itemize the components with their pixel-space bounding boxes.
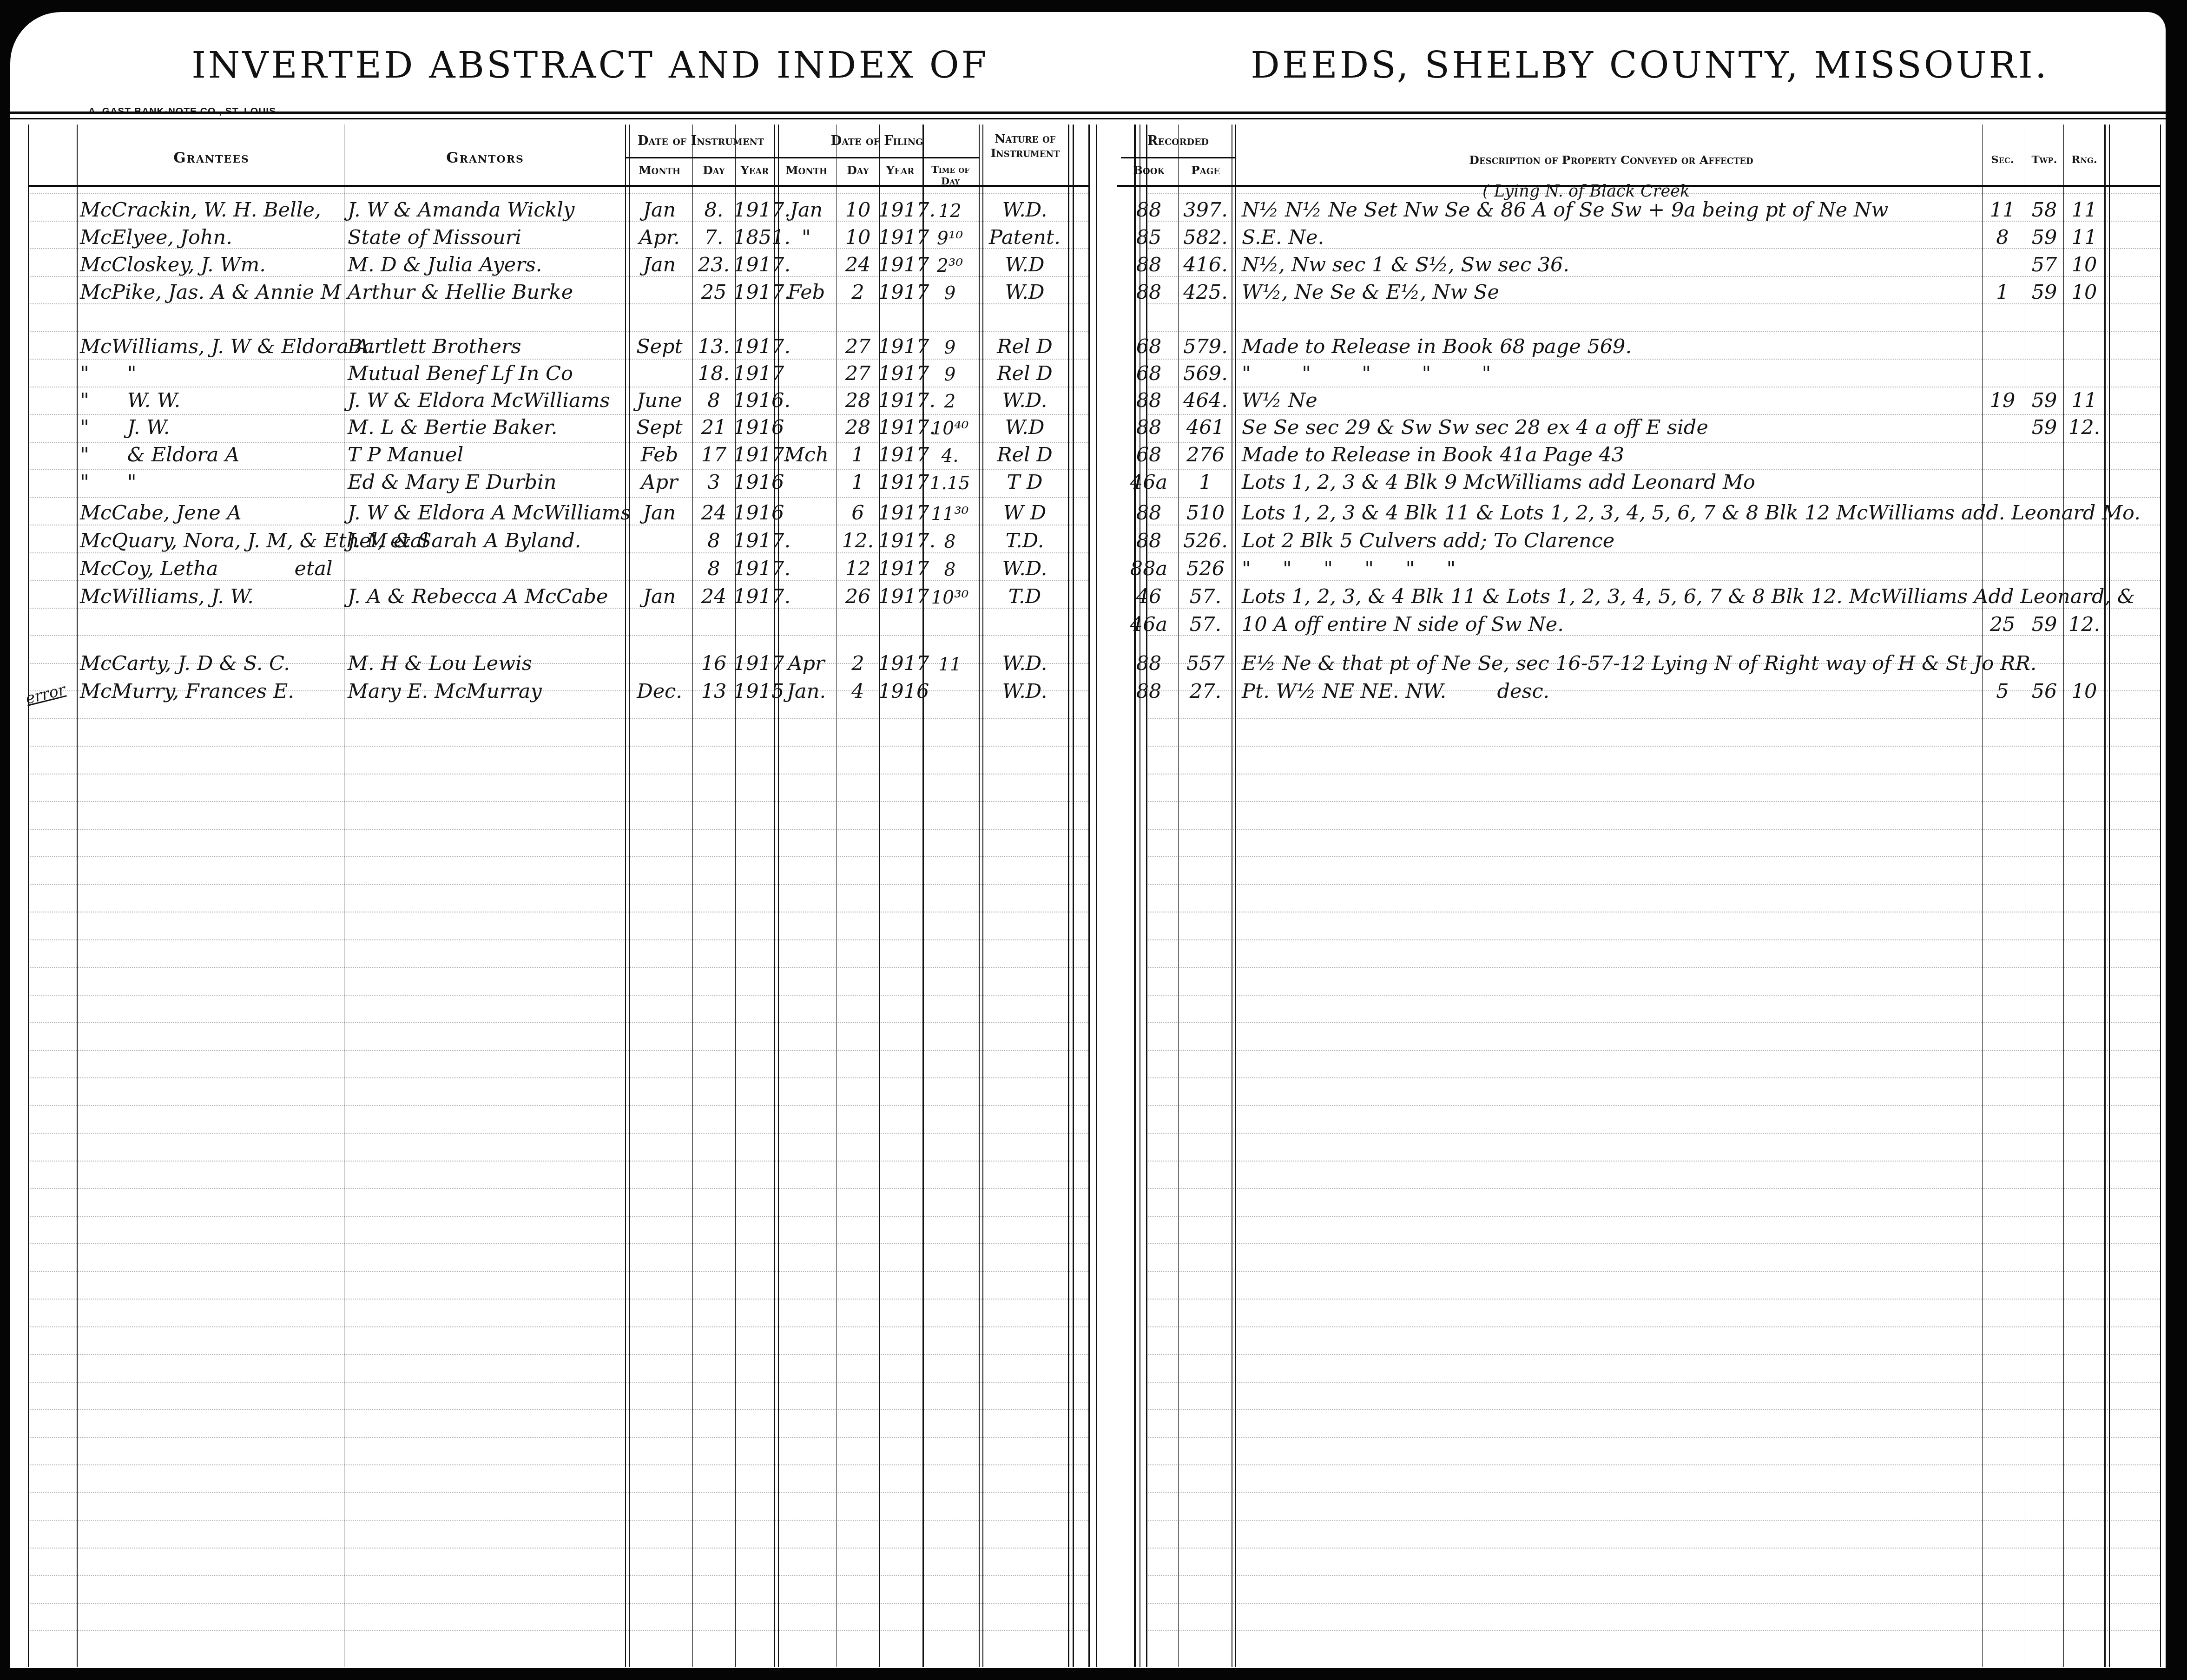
- col-header-twp: Twp.: [2025, 153, 2063, 166]
- scanned-ledger-page: INVERTED ABSTRACT AND INDEX OF DEEDS, SH…: [0, 0, 2187, 1680]
- cell-nature: Rel D: [982, 445, 1068, 465]
- row-rule: [1146, 1299, 2160, 1299]
- cell-filing-day: 12.: [837, 531, 878, 551]
- cell-filing-year: 1917: [878, 559, 922, 579]
- row-rule: [1146, 1077, 2160, 1078]
- row-rule: [1146, 801, 2160, 802]
- cell-twp: 59: [2025, 282, 2063, 302]
- cell-rng: 10: [2064, 255, 2104, 275]
- cell-grantee: McMurry, Frances E.: [80, 682, 343, 702]
- cell-grantee: McWilliams, J. W.: [80, 587, 343, 607]
- cell-description: N½, Nw sec 1 & S½, Sw sec 36.: [1242, 255, 1569, 275]
- cell-page: 57.: [1179, 615, 1232, 635]
- cell-filing-day: 27: [837, 364, 878, 384]
- row-rule: [1146, 1464, 2160, 1465]
- cell-instrument-year: 1917.: [733, 531, 776, 551]
- col-header-time-of-day: Time of Day: [922, 164, 978, 187]
- table-row: " & Eldora A T P Manuel Feb 17 1917. Mch…: [0, 437, 2187, 465]
- cell-filing-year: 1917: [878, 255, 922, 275]
- table-row: 46a 57. 10 A off entire N side of Sw Ne.…: [0, 607, 2187, 635]
- row-rule: [28, 967, 1088, 968]
- cell-instrument-month: Apr.: [627, 228, 692, 248]
- cell-nature: T D: [982, 472, 1068, 492]
- cell-grantor: M. H & Lou Lewis: [348, 654, 623, 674]
- cell-nature: T.D: [982, 587, 1068, 607]
- row-rule: [28, 1382, 1088, 1383]
- cell-grantee: McWilliams, J. W & Eldora A.: [80, 337, 343, 357]
- cell-grantor: J. W & Eldora McWilliams: [348, 391, 623, 411]
- cell-page: 276: [1179, 445, 1232, 465]
- row-rule: [1146, 774, 2160, 774]
- cell-book: 88: [1121, 682, 1177, 702]
- row-rule: [1146, 939, 2160, 940]
- cell-filing-day: 28: [837, 391, 878, 411]
- row-rule: [28, 939, 1088, 940]
- col-header-nature-of-instrument: Nature of Instrument: [984, 131, 1067, 160]
- cell-grantor: M. L & Bertie Baker.: [348, 418, 623, 438]
- row-rule: [1146, 1188, 2160, 1189]
- row-rule: [1146, 884, 2160, 885]
- cell-filing-month: Apr: [777, 654, 836, 674]
- cell-instrument-year: 1916: [733, 503, 776, 523]
- cell-book: 88: [1121, 531, 1177, 551]
- cell-book: 46: [1121, 587, 1177, 607]
- cell-description: Lots 1, 2, 3 & 4 Blk 9 McWilliams add Le…: [1242, 472, 1755, 492]
- col-header-recorded: Recorded: [1121, 134, 1235, 148]
- col-header-file-day: Day: [837, 164, 878, 177]
- table-row: " W. W. J. W & Eldora McWilliams June 8 …: [0, 383, 2187, 411]
- cell-instrument-year: 1917.: [733, 445, 776, 465]
- cell-nature: Rel D: [982, 364, 1068, 384]
- cell-filing-year: 1917: [878, 654, 922, 674]
- table-row: McWilliams, J. W & Eldora A. Bartlett Br…: [0, 329, 2187, 357]
- col-header-inst-year: Year: [733, 164, 776, 177]
- cell-instrument-day: 18.: [693, 364, 734, 384]
- cell-instrument-year: 1915: [733, 682, 776, 702]
- col-header-page: Page: [1179, 164, 1232, 177]
- cell-filing-day: 1: [837, 445, 878, 465]
- cell-grantor: Arthur & Hellie Burke: [348, 282, 623, 302]
- row-rule: [28, 1133, 1088, 1134]
- cell-twp: 59: [2025, 615, 2063, 635]
- cell-description: Lots 1, 2, 3, & 4 Blk 11 & Lots 1, 2, 3,…: [1242, 587, 2135, 607]
- cell-book: 88: [1121, 255, 1177, 275]
- cell-book: 88: [1121, 503, 1177, 523]
- cell-grantee: McPike, Jas. A & Annie M: [80, 282, 343, 302]
- row-rule: [28, 1409, 1088, 1410]
- cell-instrument-month: Jan: [627, 503, 692, 523]
- row-rule: [28, 1216, 1088, 1217]
- cell-filing-day: 1: [837, 472, 878, 492]
- table-row: McCoy, Letha etal 8 1917. 12 1917 8 W.D.…: [0, 551, 2187, 579]
- col-header-rng: Rng.: [2064, 153, 2104, 166]
- cell-page: 416.: [1179, 255, 1232, 275]
- cell-filing-month: Jan.: [777, 682, 836, 702]
- cell-page: 1: [1179, 472, 1232, 492]
- cell-page: 510: [1179, 503, 1232, 523]
- cell-nature: W.D: [982, 255, 1068, 275]
- cell-filing-day: 6: [837, 503, 878, 523]
- cell-description: N½ N½ Ne Set Nw Se & 86 A of Se Sw + 9a …: [1242, 200, 1888, 220]
- cell-filing-day: 24: [837, 255, 878, 275]
- cell-page: 569.: [1179, 364, 1232, 384]
- col-header-date-of-filing: Date of Filing: [777, 134, 977, 148]
- cell-filing-day: 4: [837, 682, 878, 702]
- cell-grantee: McCarty, J. D & S. C.: [80, 654, 343, 674]
- cell-instrument-month: Jan: [627, 587, 692, 607]
- row-rule: [28, 1437, 1088, 1438]
- cell-description: Pt. W½ NE NE. NW. desc.: [1242, 682, 1549, 702]
- cell-nature: W.D: [982, 282, 1068, 302]
- cell-filing-time: 12: [924, 202, 976, 220]
- cell-instrument-year: 1917.: [733, 282, 776, 302]
- cell-description: " " " " ": [1242, 364, 1491, 384]
- row-rule: [1146, 1548, 2160, 1549]
- row-rule: [1146, 1603, 2160, 1604]
- col-header-inst-month: Month: [627, 164, 692, 177]
- cell-filing-day: 27: [837, 337, 878, 357]
- cell-filing-time: 10³⁰: [924, 589, 976, 607]
- cell-instrument-day: 24: [693, 503, 734, 523]
- row-rule: [1146, 995, 2160, 996]
- cell-grantor: State of Missouri: [348, 228, 623, 248]
- row-rule: [28, 1520, 1088, 1521]
- row-rule: [28, 1354, 1088, 1355]
- cell-page: 464.: [1179, 391, 1232, 411]
- cell-grantee: McCabe, Jene A: [80, 503, 343, 523]
- cell-filing-time: 9: [924, 366, 976, 384]
- top-rule: [10, 112, 2167, 114]
- cell-instrument-day: 17: [693, 445, 734, 465]
- top-rule-2: [10, 118, 2167, 119]
- cell-instrument-day: 13.: [693, 337, 734, 357]
- row-rule: [28, 1630, 1088, 1631]
- cell-rng: 11: [2064, 200, 2104, 220]
- cell-grantee: McCloskey, J. Wm.: [80, 255, 343, 275]
- row-rule: [1146, 856, 2160, 857]
- row-rule: [28, 635, 1088, 636]
- row-rule: [28, 1326, 1088, 1327]
- cell-filing-year: 1917: [878, 445, 922, 465]
- cell-sec: 1: [1981, 282, 2024, 302]
- cell-filing-day: 10: [837, 228, 878, 248]
- cell-book: 88: [1121, 391, 1177, 411]
- row-rule: [28, 1188, 1088, 1189]
- cell-instrument-month: Dec.: [627, 682, 692, 702]
- cell-instrument-year: 1917.: [733, 255, 776, 275]
- row-rule: [28, 829, 1088, 830]
- cell-nature: W.D.: [982, 654, 1068, 674]
- date-subheader-rule: [625, 157, 980, 158]
- cell-sec: 25: [1981, 615, 2024, 635]
- cell-sec: 8: [1981, 228, 2024, 248]
- cell-nature: T.D.: [982, 531, 1068, 551]
- row-rule: [28, 1271, 1088, 1272]
- row-rule: [1146, 1354, 2160, 1355]
- cell-instrument-year: 1917.: [733, 337, 776, 357]
- cell-instrument-day: 3: [693, 472, 734, 492]
- row-rule: [1146, 718, 2160, 719]
- cell-instrument-day: 7.: [693, 228, 734, 248]
- cell-nature: W.D: [982, 418, 1068, 438]
- cell-filing-time: 2³⁰: [924, 257, 976, 275]
- table-row: McCabe, Jene A J. W & Eldora A McWilliam…: [0, 495, 2187, 523]
- cell-grantee: " W. W.: [80, 391, 343, 411]
- cell-rng: 10: [2064, 282, 2104, 302]
- cell-instrument-year: 1917: [733, 364, 776, 384]
- cell-filing-year: 1917.: [878, 531, 922, 551]
- cell-book: 88: [1121, 654, 1177, 674]
- cell-grantor: Bartlett Brothers: [348, 337, 623, 357]
- table-row: " " Mutual Benef Lf In Co 18. 1917 27 19…: [0, 356, 2187, 384]
- cell-filing-year: 1916: [878, 682, 922, 702]
- cell-instrument-year: 1917: [733, 654, 776, 674]
- cell-rng: 10: [2064, 682, 2104, 702]
- cell-page: 579.: [1179, 337, 1232, 357]
- cell-instrument-year: 1916: [733, 418, 776, 438]
- cell-book: 85: [1121, 228, 1177, 248]
- cell-page: 397.: [1179, 200, 1232, 220]
- row-rule: [28, 884, 1088, 885]
- table-row: McWilliams, J. W. J. A & Rebecca A McCab…: [0, 579, 2187, 607]
- row-rule: [28, 1548, 1088, 1549]
- cell-filing-year: 1917.: [878, 418, 922, 438]
- cell-filing-day: 2: [837, 654, 878, 674]
- cell-instrument-year: 1917.: [733, 587, 776, 607]
- cell-nature: W D: [982, 503, 1068, 523]
- cell-description: E½ Ne & that pt of Ne Se, sec 16-57-12 L…: [1242, 654, 2036, 674]
- cell-instrument-month: Jan: [627, 200, 692, 220]
- cell-nature: W.D.: [982, 391, 1068, 411]
- cell-grantee: McCoy, Letha etal: [80, 559, 343, 579]
- cell-instrument-day: 21: [693, 418, 734, 438]
- cell-instrument-day: 16: [693, 654, 734, 674]
- cell-grantor: J. A & Rebecca A McCabe: [348, 587, 623, 607]
- cell-filing-year: 1917: [878, 282, 922, 302]
- cell-rng: 11: [2064, 228, 2104, 248]
- cell-filing-day: 12: [837, 559, 878, 579]
- cell-sec: 19: [1981, 391, 2024, 411]
- row-rule: [1146, 746, 2160, 747]
- cell-nature: W.D.: [982, 559, 1068, 579]
- row-rule: [28, 1464, 1088, 1465]
- row-rule: [1146, 1409, 2160, 1410]
- row-rule: [1146, 1050, 2160, 1051]
- cell-grantor: M. D & Julia Ayers.: [348, 255, 623, 275]
- margin-error-note: error: [24, 678, 82, 706]
- cell-book: 46a: [1121, 472, 1177, 492]
- cell-instrument-month: Sept: [627, 418, 692, 438]
- row-rule: [28, 1299, 1088, 1299]
- cell-page: 557: [1179, 654, 1232, 674]
- cell-filing-month: ": [777, 228, 836, 248]
- cell-filing-month: Mch: [777, 445, 836, 465]
- cell-page: 526.: [1179, 531, 1232, 551]
- cell-book: 88a: [1121, 559, 1177, 579]
- cell-instrument-month: Feb: [627, 445, 692, 465]
- row-rule: [28, 1105, 1088, 1106]
- row-rule: [28, 1022, 1088, 1023]
- row-rule: [1146, 1133, 2160, 1134]
- cell-grantor: T P Manuel: [348, 445, 623, 465]
- table-row: " " Ed & Mary E Durbin Apr 3 1916 1 1917…: [0, 465, 2187, 492]
- table-row: McCarty, J. D & S. C. M. H & Lou Lewis 1…: [0, 646, 2187, 674]
- cell-sec: 5: [1981, 682, 2024, 702]
- cell-description: S.E. Ne.: [1242, 228, 1324, 248]
- cell-filing-year: 1917: [878, 587, 922, 607]
- cell-rng: 11: [2064, 391, 2104, 411]
- cell-description: " " " " " ": [1242, 559, 1456, 579]
- cell-instrument-day: 25: [693, 282, 734, 302]
- cell-book: 68: [1121, 445, 1177, 465]
- cell-page: 425.: [1179, 282, 1232, 302]
- col-header-grantors: Grantors: [348, 150, 623, 166]
- handwritten-rows-layer: McCrackin, W. H. Belle, J. W & Amanda Wi…: [0, 0, 2187, 1680]
- row-rule: [28, 1243, 1088, 1244]
- row-rule: [1146, 1326, 2160, 1327]
- cell-book: 46a: [1121, 615, 1177, 635]
- cell-description: Lot 2 Blk 5 Culvers add; To Clarence: [1242, 531, 1614, 551]
- row-rule: [1146, 1105, 2160, 1106]
- col-header-file-year: Year: [878, 164, 922, 177]
- cell-rng: 12.: [2064, 615, 2104, 635]
- table-row: McCloskey, J. Wm. M. D & Julia Ayers. Ja…: [0, 247, 2187, 275]
- cell-filing-year: 1917: [878, 364, 922, 384]
- cell-filing-time: 4.: [924, 447, 976, 465]
- cell-filing-time: 11: [924, 656, 976, 674]
- cell-nature: Patent.: [982, 228, 1068, 248]
- cell-twp: 59: [2025, 418, 2063, 438]
- col-header-book: Book: [1121, 164, 1177, 177]
- cell-grantor: J. W & Eldora A McWilliams: [348, 503, 623, 523]
- row-rule: [1146, 1022, 2160, 1023]
- cell-grantee: " & Eldora A: [80, 445, 343, 465]
- row-rule: [1146, 1575, 2160, 1576]
- table-row: McPike, Jas. A & Annie M Arthur & Hellie…: [0, 275, 2187, 302]
- cell-instrument-month: Jan: [627, 255, 692, 275]
- cell-twp: 58: [2025, 200, 2063, 220]
- cell-page: 582.: [1179, 228, 1232, 248]
- cell-filing-year: 1917: [878, 503, 922, 523]
- row-rule: [28, 856, 1088, 857]
- row-rule: [28, 746, 1088, 747]
- cell-instrument-day: 23.: [693, 255, 734, 275]
- cell-page: 57.: [1179, 587, 1232, 607]
- cell-book: 68: [1121, 337, 1177, 357]
- cell-grantee: McQuary, Nora, J. M, & Ethel, etal: [80, 531, 343, 551]
- row-rule: [1146, 1271, 2160, 1272]
- cell-grantee: " J. W.: [80, 418, 343, 438]
- cell-filing-day: 2: [837, 282, 878, 302]
- cell-filing-time: 10⁴⁰: [924, 420, 976, 438]
- cell-instrument-month: Apr: [627, 472, 692, 492]
- cell-description: Lots 1, 2, 3 & 4 Blk 11 & Lots 1, 2, 3, …: [1242, 503, 2141, 523]
- cell-nature: W.D.: [982, 200, 1068, 220]
- cell-book: 68: [1121, 364, 1177, 384]
- cell-filing-time: 9: [924, 339, 976, 357]
- row-rule: [28, 774, 1088, 774]
- row-rule: [1146, 967, 2160, 968]
- cell-filing-year: 1917.: [878, 200, 922, 220]
- col-header-description: Description of Property Conveyed or Affe…: [1242, 153, 1981, 167]
- row-rule: [28, 1077, 1088, 1078]
- cell-instrument-year: 1916: [733, 472, 776, 492]
- cell-grantee: " ": [80, 472, 343, 492]
- cell-filing-day: 10: [837, 200, 878, 220]
- cell-instrument-year: 1851.: [733, 228, 776, 248]
- row-rule: [1146, 1243, 2160, 1244]
- row-rule: [1146, 829, 2160, 830]
- col-header-inst-day: Day: [693, 164, 734, 177]
- cell-book: 88: [1121, 282, 1177, 302]
- cell-page: 526: [1179, 559, 1232, 579]
- cell-grantee: " ": [80, 364, 343, 384]
- cell-sec: 11: [1981, 200, 2024, 220]
- table-row: McQuary, Nora, J. M, & Ethel, etal J. M …: [0, 523, 2187, 551]
- margin-error-note: [26, 294, 80, 307]
- cell-instrument-year: 1917.: [733, 559, 776, 579]
- cell-twp: 57: [2025, 255, 2063, 275]
- margin-error-note: [26, 626, 80, 639]
- cell-filing-time: 9¹⁰: [924, 230, 976, 248]
- row-rule: [1146, 1520, 2160, 1521]
- cell-description: 10 A off entire N side of Sw Ne.: [1242, 615, 1564, 635]
- cell-book: 88: [1121, 418, 1177, 438]
- row-rule: [28, 1492, 1088, 1493]
- cell-filing-time: 8: [924, 533, 976, 551]
- cell-instrument-month: Sept: [627, 337, 692, 357]
- cell-filing-time: 1.15: [924, 474, 976, 492]
- cell-grantee: McElyee, John.: [80, 228, 343, 248]
- row-rule: [28, 1575, 1088, 1576]
- cell-twp: 59: [2025, 228, 2063, 248]
- row-rule: [1146, 1492, 2160, 1493]
- cell-grantor: J. W & Amanda Wickly: [348, 200, 623, 220]
- row-rule: [28, 1603, 1088, 1604]
- row-rule: [1146, 1216, 2160, 1217]
- recorded-subheader-rule: [1121, 157, 1235, 158]
- cell-grantor: Mutual Benef Lf In Co: [348, 364, 623, 384]
- cell-book: 88: [1121, 200, 1177, 220]
- cell-description: W½, Ne Se & E½, Nw Se: [1242, 282, 1499, 302]
- cell-instrument-day: 8: [693, 559, 734, 579]
- cell-grantor: Mary E. McMurray: [348, 682, 623, 702]
- cell-twp: 59: [2025, 391, 2063, 411]
- cell-filing-time: 11³⁰: [924, 505, 976, 523]
- row-rule: [28, 718, 1088, 719]
- col-header-sec: Sec.: [1981, 153, 2024, 166]
- cell-rng: 12.: [2064, 418, 2104, 438]
- row-rule: [1146, 912, 2160, 912]
- cell-filing-day: 26: [837, 587, 878, 607]
- row-rule: [28, 1050, 1088, 1051]
- table-row: " J. W. M. L & Bertie Baker. Sept 21 191…: [0, 410, 2187, 438]
- row-rule: [1146, 1437, 2160, 1438]
- cell-filing-year: 1917: [878, 228, 922, 248]
- cell-filing-day: 28: [837, 418, 878, 438]
- cell-nature: Rel D: [982, 337, 1068, 357]
- row-rule: [1146, 1630, 2160, 1631]
- cell-description: Made to Release in Book 68 page 569.: [1242, 337, 1632, 357]
- col-header-file-month: Month: [777, 164, 836, 177]
- cell-filing-month: Jan: [777, 200, 836, 220]
- col-header-grantees: Grantees: [80, 150, 343, 166]
- cell-description: Se Se sec 29 & Sw Sw sec 28 ex 4 a off E…: [1242, 418, 1708, 438]
- cell-twp: 56: [2025, 682, 2063, 702]
- cell-filing-time: 9: [924, 284, 976, 302]
- cell-filing-year: 1917: [878, 337, 922, 357]
- row-rule: [1146, 1382, 2160, 1383]
